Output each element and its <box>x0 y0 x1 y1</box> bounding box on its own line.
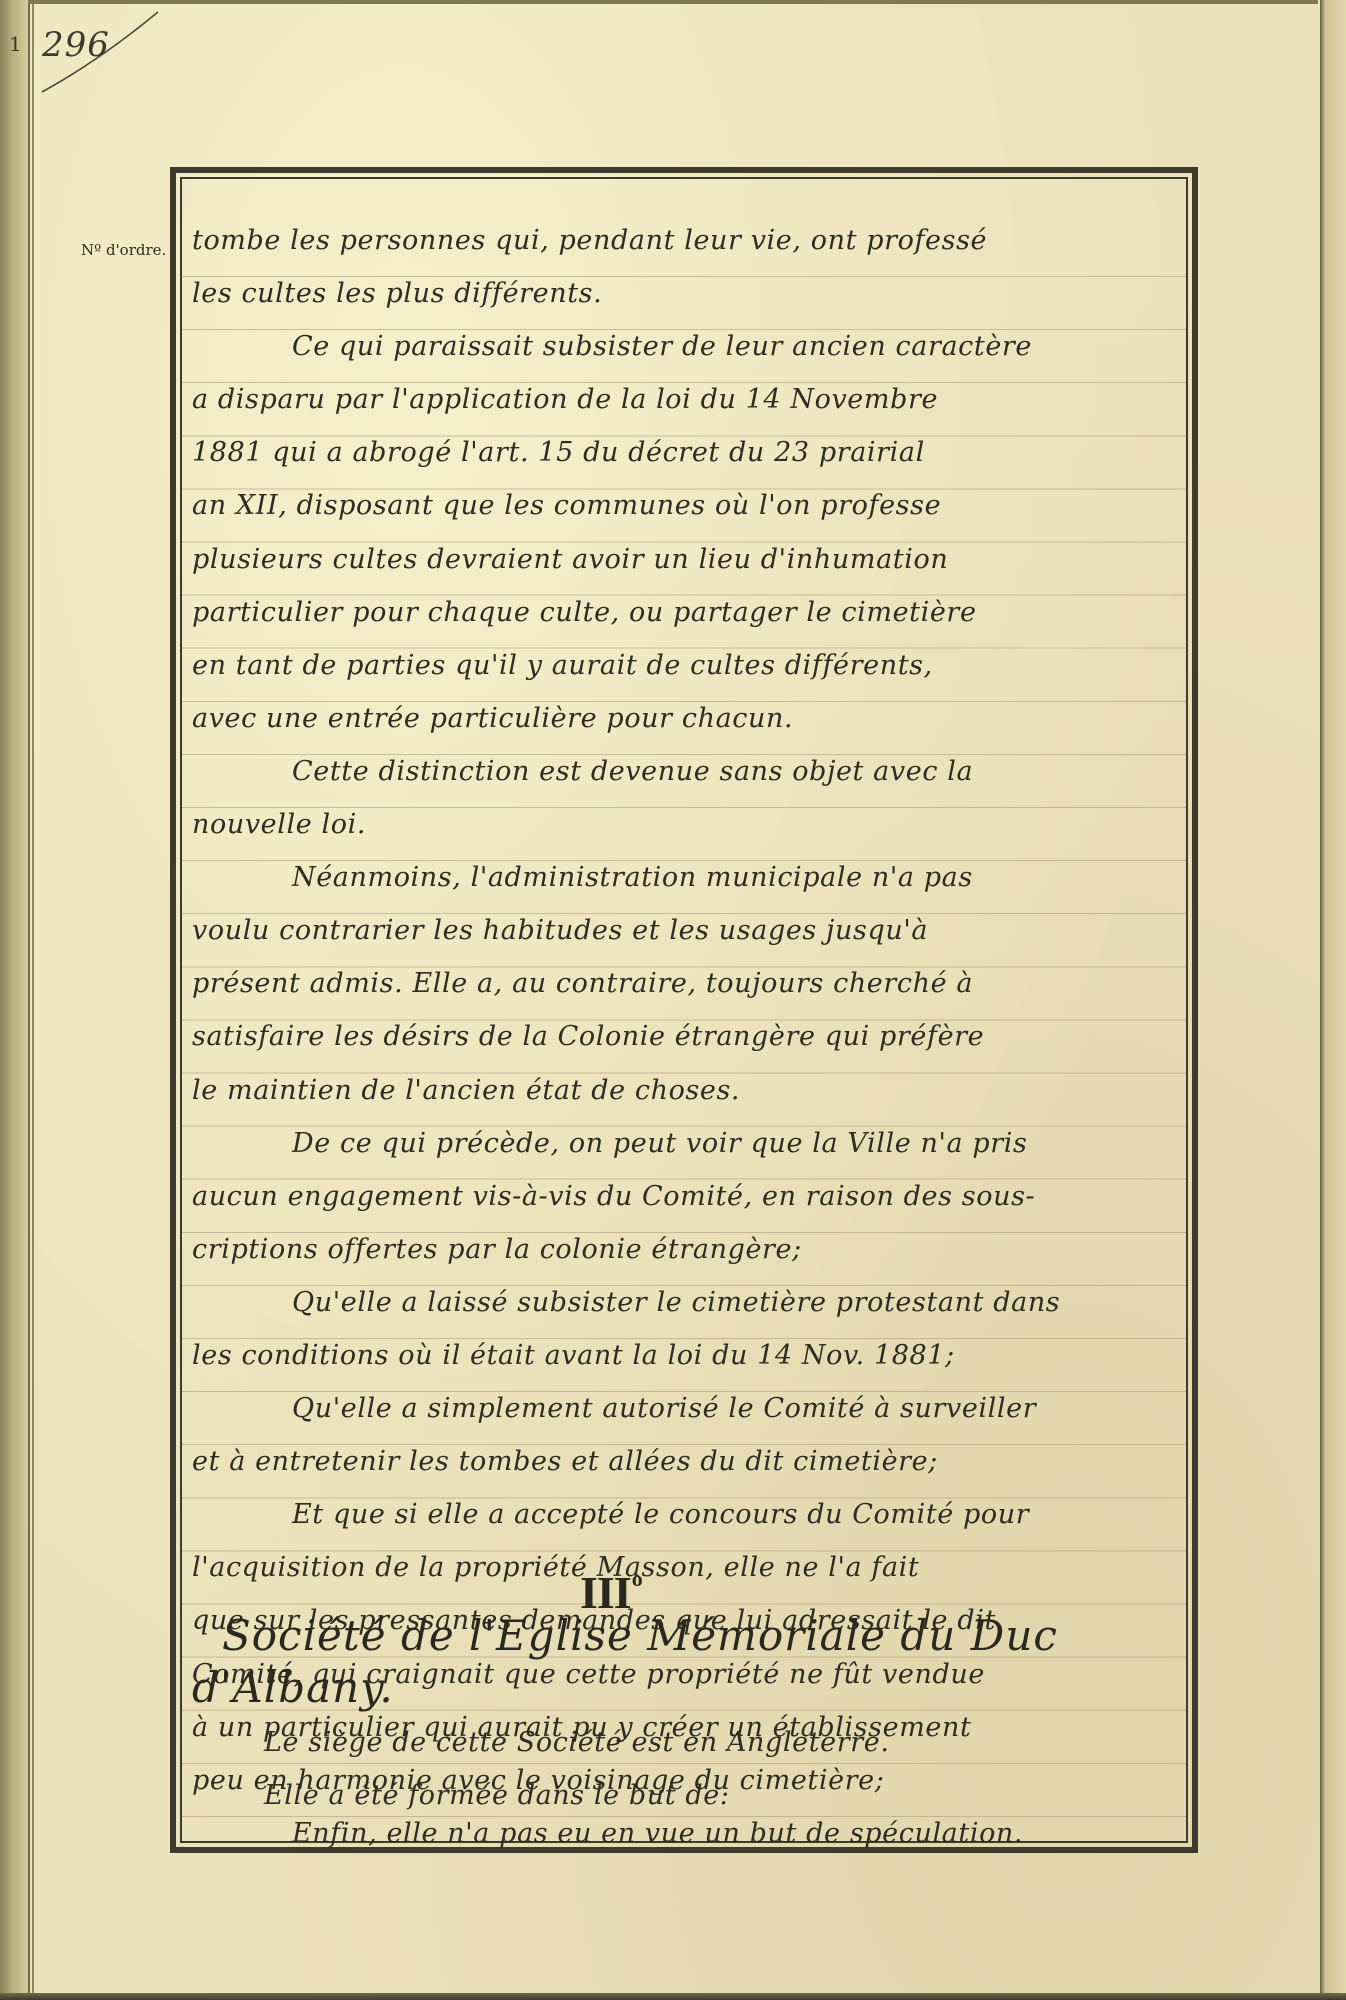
body-line: avec une entrée particulière pour chacun… <box>192 692 1182 745</box>
body-line: De ce qui précède, on peut voir que la V… <box>192 1117 1182 1170</box>
body-line: Elle a été formée dans le but de: <box>192 1769 1182 1822</box>
body-line: 1881 qui a abrogé l'art. 15 du décret du… <box>192 426 1182 479</box>
page-top-edge <box>28 0 1318 4</box>
binding-left-edge <box>0 0 30 2000</box>
body-line: les cultes les plus différents. <box>192 267 1182 320</box>
margin-label-ordre: Nº d'ordre. <box>81 241 166 259</box>
body-line: Qu'elle a laissé subsister le cimetière … <box>192 1276 1182 1329</box>
body-line: satisfaire les désirs de la Colonie étra… <box>192 1010 1182 1063</box>
ledger-page: 1 296 Nº d'ordre. tombe les personnes qu… <box>0 0 1346 2000</box>
section-title: Société de l'Eglise Mémoriale du Duc d'A… <box>192 1610 1182 1714</box>
section-intro: Le siège de cette Société est en Anglete… <box>192 1716 1182 1822</box>
body-line: Et que si elle a accepté le concours du … <box>192 1488 1182 1541</box>
body-line: présent admis. Elle a, au contraire, tou… <box>192 957 1182 1010</box>
body-line: criptions offertes par la colonie étrang… <box>192 1223 1182 1276</box>
body-line: Cette distinction est devenue sans objet… <box>192 745 1182 798</box>
body-line: Qu'elle a simplement autorisé le Comité … <box>192 1382 1182 1435</box>
body-line: Néanmoins, l'administration municipale n… <box>192 851 1182 904</box>
page-bottom-edge <box>0 1993 1346 2000</box>
section-title-line: Société de l'Eglise Mémoriale du Duc <box>192 1610 1182 1662</box>
binding-mark: 1 <box>9 32 22 56</box>
next-page-edge <box>1320 0 1346 2000</box>
body-line: an XII, disposant que les communes où l'… <box>192 479 1182 532</box>
body-line: tombe les personnes qui, pendant leur vi… <box>192 214 1182 267</box>
body-line: les conditions où il était avant la loi … <box>192 1329 1182 1382</box>
body-line: en tant de parties qu'il y aurait de cul… <box>192 639 1182 692</box>
body-line: a disparu par l'application de la loi du… <box>192 373 1182 426</box>
folio-number: 296 <box>42 25 110 65</box>
section-title-line: d'Albany. <box>192 1662 1182 1714</box>
body-line: plusieurs cultes devraient avoir un lieu… <box>192 533 1182 586</box>
body-line: Le siège de cette Société est en Anglete… <box>192 1716 1182 1769</box>
body-line: aucun engagement vis-à-vis du Comité, en… <box>192 1170 1182 1223</box>
body-line: et à entretenir les tombes et allées du … <box>192 1435 1182 1488</box>
body-line: le maintien de l'ancien état de choses. <box>192 1064 1182 1117</box>
body-line: particulier pour chaque culte, ou partag… <box>192 586 1182 639</box>
body-line: l'acquisition de la propriété Masson, el… <box>192 1541 1182 1594</box>
body-line: nouvelle loi. <box>192 798 1182 851</box>
body-line: voulu contrarier les habitudes et les us… <box>192 904 1182 957</box>
body-line: Ce qui paraissait subsister de leur anci… <box>192 320 1182 373</box>
section-ordinal-suffix: o <box>632 1566 642 1591</box>
